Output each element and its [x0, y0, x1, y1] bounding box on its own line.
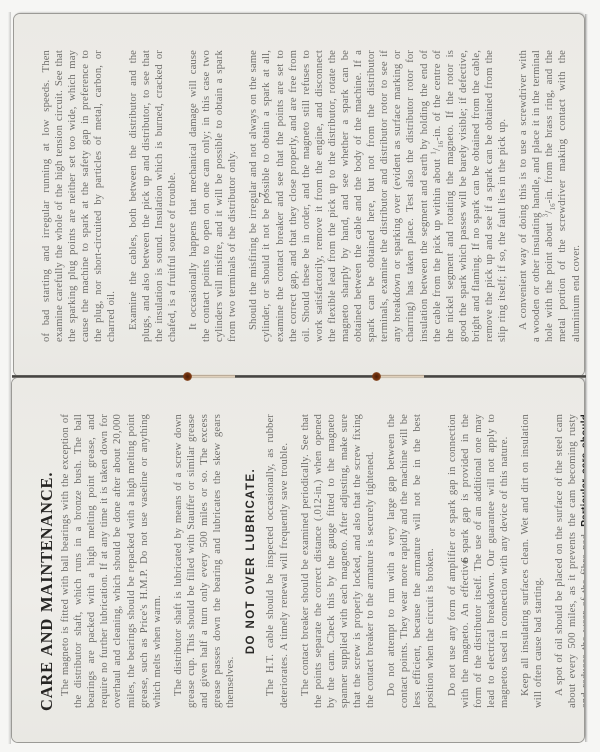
booklet-spine-fold	[12, 375, 586, 378]
page-6-paragraph-insulating-surfaces: Keep all insulating surfaces clean. Wet …	[519, 414, 545, 708]
page-6-paragraph-large-gap: Do not attempt to run with a very large …	[385, 414, 437, 708]
page-7-paragraph-cables: Examine the cables, both between the dis…	[127, 50, 179, 342]
page-7: of bad starting and irregular running at…	[14, 14, 584, 376]
staple-rust-mark	[372, 372, 381, 381]
staple-rust-mark	[183, 372, 192, 381]
page-6-paragraph-bearings: The magneto is fitted with ball bearings…	[59, 414, 164, 708]
staple-wire	[189, 374, 235, 379]
page-number-6: 6	[459, 378, 471, 742]
page-7-paragraph-continued: of bad starting and irregular running at…	[40, 50, 119, 342]
page-6-paragraph-distributor-shaft: The distributor shaft is lubricated by m…	[172, 414, 237, 708]
page-6: CARE AND MAINTENANCE. The magneto is fit…	[12, 378, 584, 742]
staple-icon	[372, 370, 424, 381]
staple-icon	[183, 370, 235, 381]
heading-care-and-maintenance: CARE AND MAINTENANCE.	[40, 414, 53, 711]
staple-wire	[378, 374, 424, 379]
page-6-paragraph-amplifier: Do not use any form of amplifier or spar…	[446, 414, 511, 708]
page-6-paragraph-oil: A spot of oil should be placed on the su…	[553, 414, 584, 708]
page-6-paragraph-contact-breaker: The contact breaker should be examined p…	[299, 414, 378, 708]
page-7-text-block: of bad starting and irregular running at…	[40, 50, 564, 342]
page-7-paragraph-screwdriver: A convenient way of doing this is to use…	[517, 50, 582, 342]
page-6-paragraph-ht-cable: The H.T. cable should be inspected occas…	[264, 414, 290, 708]
scan-edge-shadow-right	[585, 14, 588, 742]
page-7-paragraph-misfiring: Should the misfiring be irregular and no…	[247, 50, 509, 342]
scanned-booklet: of bad starting and irregular running at…	[0, 0, 600, 752]
heading-do-not-over-lubricate: DO NOT OVER LUBRICATE.	[245, 414, 258, 708]
page-7-paragraph-mechanical-damage: It occasionally happens that mechanical …	[187, 50, 239, 342]
page-6-text-block: CARE AND MAINTENANCE. The magneto is fit…	[40, 414, 564, 708]
page-number-7: 7	[257, 14, 269, 376]
scan-edge-shadow-left	[8, 12, 11, 744]
